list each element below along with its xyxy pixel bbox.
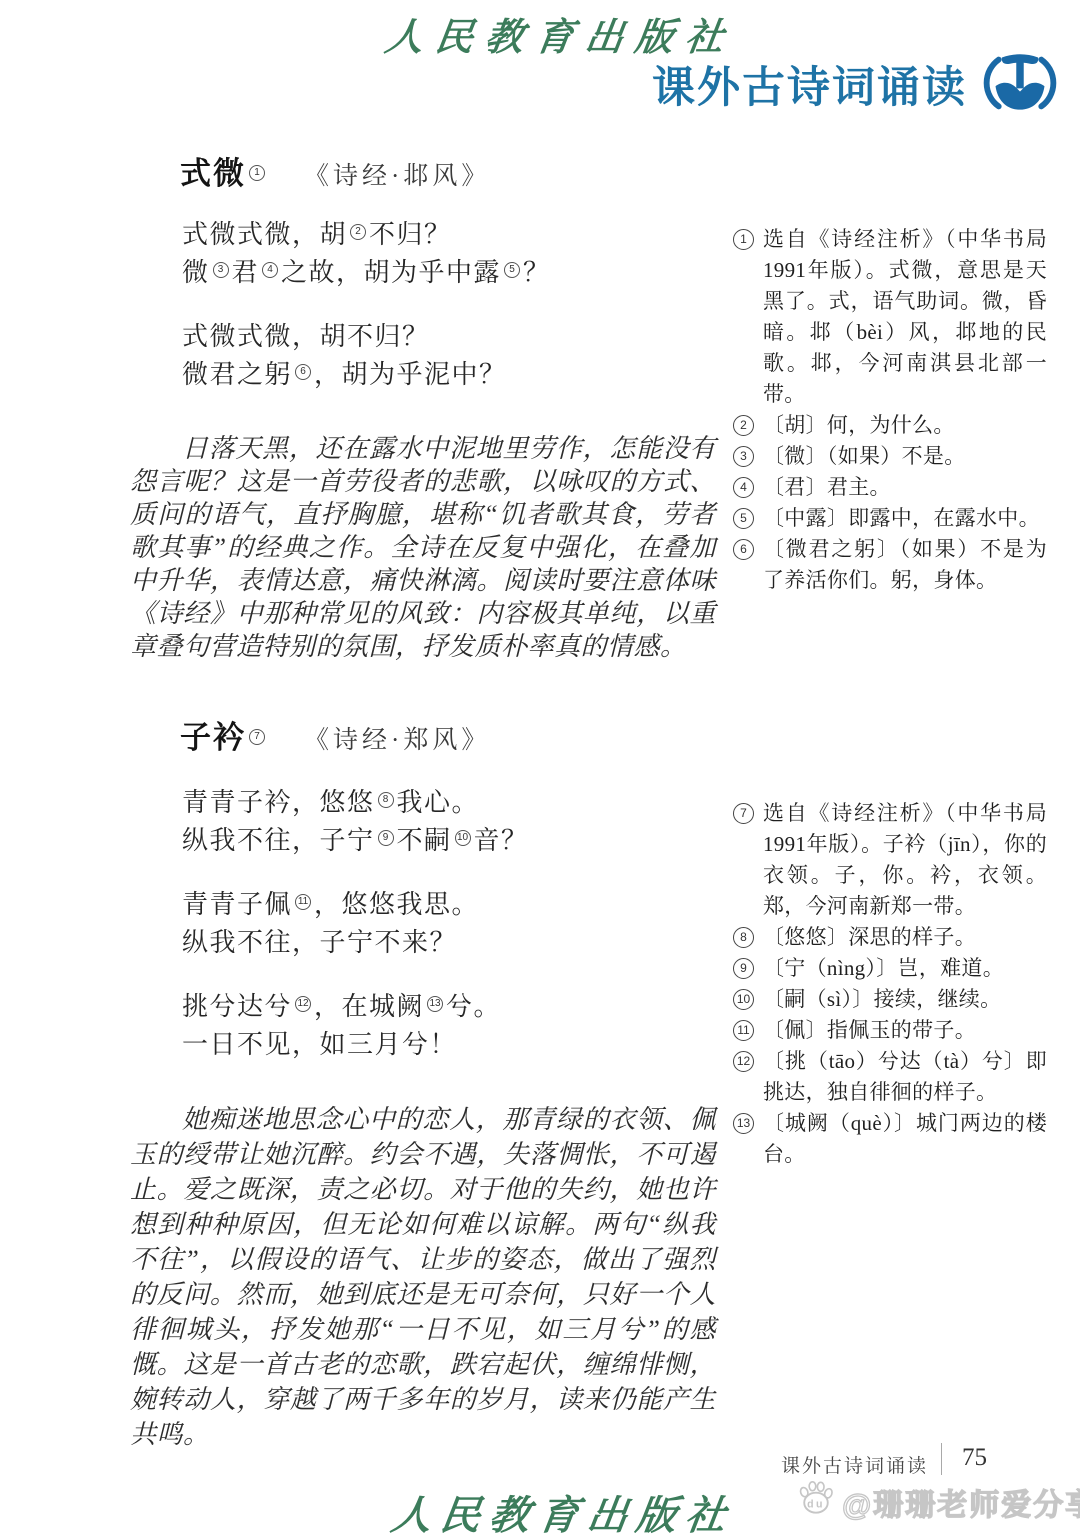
annotation-number: 4 [733,477,754,498]
poem2-title: 子衿 [180,720,246,755]
poem-line: 青青子衿，悠悠8我心。 [182,784,529,822]
annotation-number: 8 [733,927,754,948]
annotation-text: 〔嗣（sì）〕接续，继续。 [763,984,1001,1015]
annotation-number: 6 [733,539,754,560]
poem-text: 我心。 [397,788,480,817]
poem1-commentary: 日落天黑，还在露水中泥地里劳作，怎能没有怨言呢？这是一首劳役者的悲歌，以咏叹的方… [130,432,716,663]
annotation-item: 6〔微君之躬〕（如果）不是为了养活你们。躬，身体。 [733,534,1047,596]
note-ref-marker: 3 [213,262,229,278]
note-ref-marker: 13 [427,996,443,1012]
poem-text: ，胡为乎泥中？ [314,360,507,389]
poem1-source: 《诗经·邶风》 [304,163,490,190]
poem-text: 式微式微，胡 [182,220,347,249]
poem1-title-row: 式微1《诗经·邶风》 [180,148,490,193]
annotation-number: 10 [733,989,754,1010]
annotation-text: 〔君〕君主。 [763,472,891,503]
annotation-number: 1 [733,229,754,250]
poem-text: 式微式微，胡不归？ [182,322,430,351]
annotation-item: 3〔微〕（如果）不是。 [733,441,1047,472]
annotation-text: 〔中露〕即露中，在露水中。 [763,503,1040,534]
poem-line: 挑兮达兮12，在城阙13兮。 [182,988,529,1026]
note-ref-marker: 6 [295,364,311,380]
note-ref-marker: 11 [295,894,311,910]
annotation-item: 9〔宁（nìng）〕岂，难道。 [733,953,1047,984]
annotation-item: 13〔城阙（què）〕城门两边的楼台。 [733,1108,1047,1170]
annotation-number: 13 [733,1113,754,1134]
poem-line: 式微式微，胡不归？ [182,318,551,356]
watermark-text: @珊珊老师爱分享 [842,1480,1080,1524]
poem-text: 纵我不往，子宁 [182,826,375,855]
poem-text: ，悠悠我思。 [314,890,479,919]
note-ref-marker: 1 [249,165,265,181]
note-ref-marker: 8 [378,792,394,808]
watermark-badge-text: du [807,1498,825,1510]
textbook-page: { "colors": { "publisher_green": "#3c7c5… [0,0,1080,1538]
poem-text: 不嗣 [397,826,452,855]
stanza: 青青子衿，悠悠8我心。纵我不往，子宁9不嗣10音？ [182,784,529,860]
footer-section-title: 课外古诗词诵读 [781,1451,928,1478]
poem2-commentary: 她痴迷地思念心中的恋人，那青绿的衣领、佩玉的绶带让她沉醉。约会不遇，失落惆怅，不… [130,1102,716,1452]
annotation-item: 2〔胡〕何，为什么。 [733,410,1047,441]
annotation-number: 12 [733,1051,754,1072]
poem-text: 挑兮达兮 [182,992,292,1021]
note-ref-marker: 5 [504,262,520,278]
poem-text: 青青子衿，悠悠 [182,788,375,817]
poem1-title: 式微 [180,156,246,191]
annotation-item: 11〔佩〕指佩玉的带子。 [733,1015,1047,1046]
poem-line: 纵我不往，子宁不来？ [182,924,529,962]
annotation-text: 〔挑（tāo）兮达（tà）兮〕即挑达，独自徘徊的样子。 [763,1046,1047,1108]
poem1-body: 式微式微，胡2不归？微3君4之故，胡为乎中露5？式微式微，胡不归？微君之躬6，胡… [182,216,551,420]
poem-text: 微君之躬 [182,360,292,389]
stanza: 青青子佩11，悠悠我思。纵我不往，子宁不来？ [182,886,529,962]
note-ref-marker: 12 [295,996,311,1012]
poem-text: ？ [523,258,551,287]
poem2-body: 青青子衿，悠悠8我心。纵我不往，子宁9不嗣10音？青青子佩11，悠悠我思。纵我不… [182,784,529,1090]
poem1-annotations: 1选自《诗经注析》（中华书局1991年版）。式微，意思是天黑了。式，语气助词。微… [733,224,1047,596]
annotation-number: 5 [733,508,754,529]
annotation-item: 7选自《诗经注析》（中华书局1991年版）。子衿（jīn），你的衣领。子，你。衿… [733,798,1047,922]
annotation-item: 1选自《诗经注析》（中华书局1991年版）。式微，意思是天黑了。式，语气助词。微… [733,224,1047,410]
poem-text: ，在城阙 [314,992,424,1021]
annotation-number: 11 [733,1020,754,1041]
annotation-text: 〔胡〕何，为什么。 [763,410,955,441]
poem-text: 纵我不往，子宁不来？ [182,928,457,957]
watermark: du @珊珊老师爱分享 [796,1478,1080,1526]
annotation-item: 4〔君〕君主。 [733,472,1047,503]
poem-line: 纵我不往，子宁9不嗣10音？ [182,822,529,860]
annotation-number: 9 [733,958,754,979]
stanza: 挑兮达兮12，在城阙13兮。一日不见，如三月兮！ [182,988,529,1064]
note-ref-marker: 10 [455,830,471,846]
anchor-icon [982,50,1058,116]
poem-text: 不归？ [369,220,452,249]
page-title: 课外古诗词诵读 [652,54,967,115]
annotation-item: 12〔挑（tāo）兮达（tà）兮〕即挑达，独自徘徊的样子。 [733,1046,1047,1108]
poem2-annotations: 7选自《诗经注析》（中华书局1991年版）。子衿（jīn），你的衣领。子，你。衿… [733,798,1047,1170]
annotation-item: 8〔悠悠〕深思的样子。 [733,922,1047,953]
poem-text: 一日不见，如三月兮！ [182,1030,457,1059]
note-ref-marker: 2 [350,224,366,240]
poem2-source: 《诗经·郑风》 [304,727,490,754]
poem-line: 一日不见，如三月兮！ [182,1026,529,1064]
annotation-text: 〔微〕（如果）不是。 [763,441,966,472]
poem2-title-row: 子衿7《诗经·郑风》 [180,712,490,757]
annotation-number: 7 [733,803,754,824]
stanza: 式微式微，胡2不归？微3君4之故，胡为乎中露5？ [182,216,551,292]
annotation-text: 〔佩〕指佩玉的带子。 [763,1015,976,1046]
annotation-text: 〔微君之躬〕（如果）不是为了养活你们。躬，身体。 [763,534,1047,596]
page-number: 75 [962,1444,987,1472]
annotation-text: 〔宁（nìng）〕岂，难道。 [763,953,1004,984]
annotation-item: 5〔中露〕即露中，在露水中。 [733,503,1047,534]
publisher-logo-top: 人民教育出版社 [382,6,740,61]
annotation-text: 〔悠悠〕深思的样子。 [763,922,976,953]
poem-line: 式微式微，胡2不归？ [182,216,551,254]
poem-text: 兮。 [446,992,501,1021]
annotation-text: 选自《诗经注析》（中华书局1991年版）。子衿（jīn），你的衣领。子，你。衿，… [763,798,1047,922]
annotation-text: 选自《诗经注析》（中华书局1991年版）。式微，意思是天黑了。式，语气助词。微，… [763,224,1047,410]
poem-text: 音？ [474,826,529,855]
poem-text: 之故，胡为乎中露 [281,258,501,287]
stanza: 式微式微，胡不归？微君之躬6，胡为乎泥中？ [182,318,551,394]
poem-line: 微3君4之故，胡为乎中露5？ [182,254,551,292]
poem-text: 微 [182,258,210,287]
annotation-number: 3 [733,446,754,467]
footer-divider [941,1443,942,1475]
baidu-paw-icon: du [796,1478,836,1526]
annotation-item: 10〔嗣（sì）〕接续，继续。 [733,984,1047,1015]
poem-text: 青青子佩 [182,890,292,919]
note-ref-marker: 4 [262,262,278,278]
note-ref-marker: 9 [378,830,394,846]
poem-text: 君 [232,258,260,287]
annotation-number: 2 [733,415,754,436]
poem-line: 微君之躬6，胡为乎泥中？ [182,356,551,394]
annotation-text: 〔城阙（què）〕城门两边的楼台。 [763,1108,1047,1170]
publisher-logo-bottom: 人民教育出版社 [388,1484,739,1538]
poem-line: 青青子佩11，悠悠我思。 [182,886,529,924]
note-ref-marker: 7 [249,729,265,745]
